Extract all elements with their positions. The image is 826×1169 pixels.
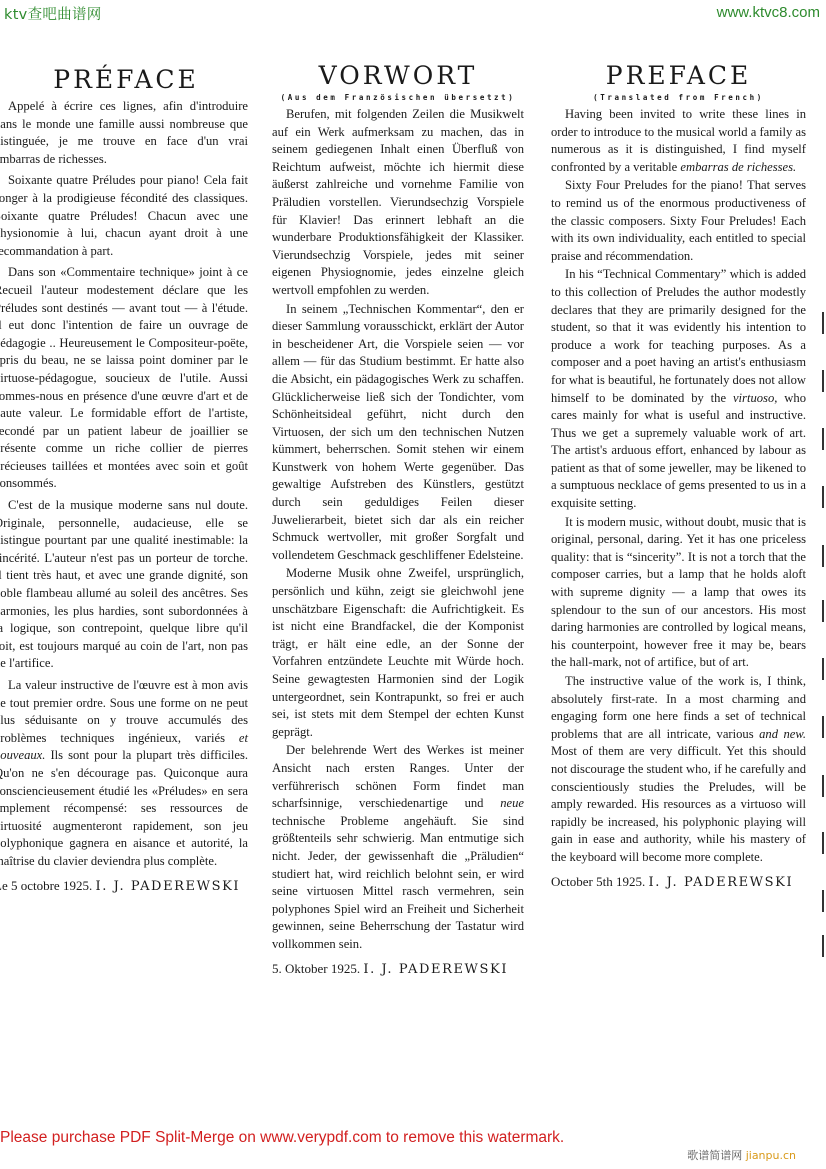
page-edge-mark xyxy=(822,370,824,392)
page-edge-mark xyxy=(822,312,824,334)
german-paragraph-2: In seinem „Technischen Kommentar“, den e… xyxy=(272,301,524,565)
english-title: PREFACE xyxy=(551,60,806,92)
german-subtitle: (Aus dem Französischen übersetzt) xyxy=(272,92,524,104)
english-paragraph-4: It is modern music, without doubt, music… xyxy=(551,514,806,672)
page-edge-mark xyxy=(822,428,824,450)
german-paragraph-4: Der belehrende Wert des Werkes ist meine… xyxy=(272,742,524,953)
text: La valeur instructive de l'œuvre est à m… xyxy=(0,678,248,745)
italic-text: virtuoso, xyxy=(733,391,777,405)
watermark-jianpu-en: jianpu.cn xyxy=(746,1149,796,1162)
english-date: October 5th 1925. xyxy=(551,874,645,889)
column-german: VORWORT (Aus dem Französischen übersetzt… xyxy=(272,60,524,978)
column-english: PREFACE (Translated from French) Having … xyxy=(551,60,806,891)
page-edge-mark xyxy=(822,775,824,797)
english-paragraph-3: In his “Technical Commentary” which is a… xyxy=(551,266,806,512)
page-edge-mark xyxy=(822,832,824,854)
french-signature-line: Le 5 octobre 1925. I. J. PADEREWSKI xyxy=(0,877,248,896)
german-date: 5. Oktober 1925. xyxy=(272,961,360,976)
watermark-jianpu: 歌谱简谱网 jianpu.cn xyxy=(687,1147,796,1163)
page-edge-mark xyxy=(822,658,824,680)
text: Der belehrende Wert des Werkes ist meine… xyxy=(272,743,524,810)
page-edge-mark xyxy=(822,716,824,738)
english-paragraph-1: Having been invited to write these lines… xyxy=(551,106,806,176)
french-paragraph-5: La valeur instructive de l'œuvre est à m… xyxy=(0,677,248,871)
page-edge-mark xyxy=(822,486,824,508)
text: Ils sont pour la plupart très difficiles… xyxy=(0,748,248,868)
column-french: PRÉFACE Appelé à écrire ces lignes, afin… xyxy=(0,60,248,895)
french-paragraph-3: Dans son «Commentaire technique» joint à… xyxy=(0,264,248,493)
watermark-site-url: www.ktvc8.com xyxy=(717,4,820,21)
italic-text: and new. xyxy=(759,727,806,741)
text: In his “Technical Commentary” which is a… xyxy=(551,267,806,404)
page-edge-mark xyxy=(822,935,824,957)
page-edge-mark xyxy=(822,545,824,567)
german-title: VORWORT xyxy=(272,60,524,92)
watermark-site-name: ktv查吧曲谱网 xyxy=(4,3,102,24)
french-signature: I. J. PADEREWSKI xyxy=(95,879,240,894)
english-subtitle: (Translated from French) xyxy=(551,92,806,104)
text: who cares mainly for what is useful and … xyxy=(551,391,806,511)
english-paragraph-2: Sixty Four Preludes for the piano! That … xyxy=(551,177,806,265)
german-signature-line: 5. Oktober 1925. I. J. PADEREWSKI xyxy=(272,960,524,979)
german-paragraph-3: Moderne Musik ohne Zweifel, ursprünglich… xyxy=(272,565,524,741)
french-date: Le 5 octobre 1925. xyxy=(0,878,92,893)
italic-text: embarras de richesses. xyxy=(680,160,796,174)
page-edge-mark xyxy=(822,600,824,622)
text: technische Probleme angehäuft. Sie sind … xyxy=(272,814,524,951)
text: Most of them are very difficult. Yet thi… xyxy=(551,744,806,864)
watermark-purchase-notice: Please purchase PDF Split-Merge on www.v… xyxy=(0,1129,564,1147)
watermark-jianpu-cn: 歌谱简谱网 xyxy=(687,1149,742,1162)
english-signature-line: October 5th 1925. I. J. PADEREWSKI xyxy=(551,873,806,892)
german-signature: I. J. PADEREWSKI xyxy=(363,962,508,977)
french-paragraph-2: Soixante quatre Préludes pour piano! Cel… xyxy=(0,172,248,260)
italic-text: neue xyxy=(500,796,524,810)
french-title: PRÉFACE xyxy=(0,64,248,96)
english-paragraph-5: The instructive value of the work is, I … xyxy=(551,673,806,867)
french-paragraph-4: C'est de la musique moderne sans nul dou… xyxy=(0,497,248,673)
page-edge-mark xyxy=(822,890,824,912)
english-signature: I. J. PADEREWSKI xyxy=(648,875,793,890)
german-paragraph-1: Berufen, mit folgenden Zeilen die Musikw… xyxy=(272,106,524,300)
french-paragraph-1: Appelé à écrire ces lignes, afin d'intro… xyxy=(0,98,248,168)
